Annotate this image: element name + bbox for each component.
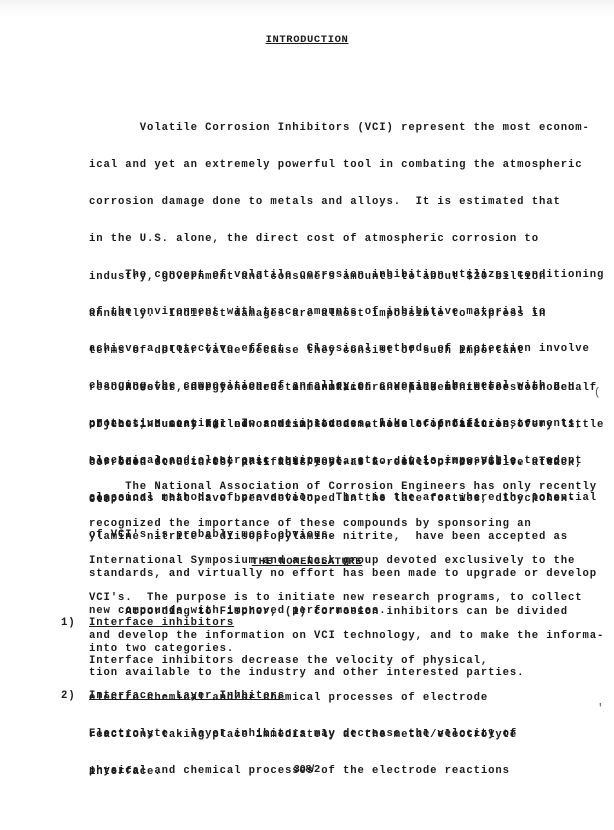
document-page: INTRODUCTION Volatile Corrosion Inhibito… (0, 0, 614, 830)
page-number: 308/2 (0, 763, 614, 775)
text-line: of the industry for new and improved met… (89, 419, 609, 431)
text-line: The concept of volatile corrosion inhibi… (89, 269, 609, 281)
text-line: corrosion damage done to metals and allo… (89, 196, 609, 208)
list-item-title: Interface - Layer Inhbitors (89, 690, 285, 702)
list-item-body: Electrolyte - layer inhibitors may decre… (89, 703, 609, 802)
text-line: Electrolyte - layer inhibitors may decre… (89, 728, 609, 740)
text-line: However, due to scarce information and l… (89, 382, 609, 394)
margin-mark: ( (594, 387, 601, 399)
text-line: Volatile Corrosion Inhibitors (VCI) repr… (89, 122, 609, 134)
list-item-number: 2) (61, 690, 76, 702)
section-title-introduction: INTRODUCTION (0, 34, 614, 46)
text-line: achieve a protective effect. Classical m… (89, 343, 609, 355)
scan-artifact-top (0, 0, 614, 16)
text-line: The National Association of Corrosion En… (89, 481, 609, 493)
text-line: of the environment with trace amounts of… (89, 306, 609, 318)
text-line: Interface inhibitors decrease the veloci… (89, 655, 609, 667)
list-item-number: 1) (61, 617, 76, 629)
section-title-nomenclature: THE NOMENCLATURE (0, 556, 614, 568)
margin-mark: ' (597, 703, 604, 715)
list-item-title: Interface inhibitors (89, 617, 234, 629)
text-line: recognized the importance of these compo… (89, 518, 609, 530)
text-line: ical and yet an extremely powerful tool … (89, 159, 609, 171)
